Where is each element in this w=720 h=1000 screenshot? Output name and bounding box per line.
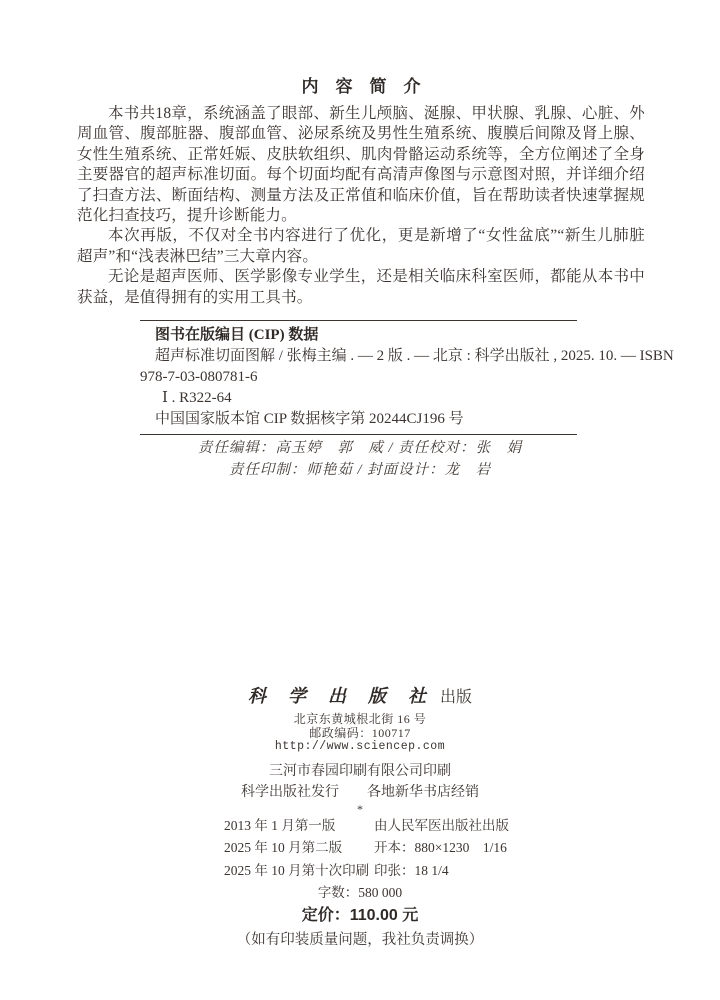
edition-date: 2013 年 1 月第一版 bbox=[224, 815, 374, 837]
cip-isbn-line: 978-7-03-080781-6 bbox=[140, 367, 577, 388]
edition-date: 2025 年 10 月第十次印刷 bbox=[224, 860, 374, 882]
cip-title-line: 超声标准切面图解 / 张梅主编 . — 2 版 . — 北京 : 科学出版社 ,… bbox=[140, 346, 577, 367]
printer-line: 三河市春园印刷有限公司印刷 bbox=[0, 761, 720, 782]
price: 定价：110.00 元 bbox=[0, 904, 720, 928]
book-copyright-page: 内 容 简 介 本书共18章，系统涵盖了眼部、新生儿颅脑、涎腺、甲状腺、乳腺、心… bbox=[0, 0, 720, 1000]
cip-registry-line: 中国国家版本馆 CIP 数据核字第 20244CJ196 号 bbox=[140, 409, 577, 430]
edition-table: 2013 年 1 月第一版 由人民军医出版社出版 2025 年 10 月第二版 … bbox=[224, 815, 496, 882]
intro-paragraph-2: 本次再版，不仅对全书内容进行了优化，更是新增了“女性盆底”“新生儿肺脏超声”和“… bbox=[77, 226, 645, 267]
content-introduction-section: 内 容 简 介 本书共18章，系统涵盖了眼部、新生儿颅脑、涎腺、甲状腺、乳腺、心… bbox=[77, 76, 645, 308]
page-title: 内 容 简 介 bbox=[77, 76, 645, 98]
edition-row: 2025 年 10 月第二版 开本：880×1230 1/16 bbox=[224, 837, 496, 859]
publisher-line: 科 学 出 版 社 出版 bbox=[0, 686, 720, 708]
cip-heading: 图书在版编目 (CIP) 数据 bbox=[140, 325, 577, 346]
publisher-postcode: 邮政编码：100717 bbox=[0, 726, 720, 740]
staff-credits: 责任编辑：高玉婷 郭 威 / 责任校对：张 娟 责任印制：师艳茹 / 封面设计：… bbox=[0, 437, 720, 481]
staff-editors-line: 责任编辑：高玉婷 郭 威 / 责任校对：张 娟 bbox=[0, 437, 720, 459]
edition-date: 2025 年 10 月第二版 bbox=[224, 837, 374, 859]
separator-asterisk: * bbox=[0, 803, 720, 815]
edition-detail: 由人民军医出版社出版 bbox=[374, 815, 509, 837]
staff-print-design-line: 责任印制：师艳茹 / 封面设计：龙 岩 bbox=[0, 459, 720, 481]
edition-detail: 开本：880×1230 1/16 bbox=[374, 837, 507, 859]
cip-data-block: 图书在版编目 (CIP) 数据 超声标准切面图解 / 张梅主编 . — 2 版 … bbox=[140, 320, 577, 435]
publisher-suffix: 出版 bbox=[440, 689, 472, 706]
quality-notice: （如有印装质量问题，我社负责调换） bbox=[0, 928, 720, 952]
colophon: 科 学 出 版 社 出版 北京东黄城根北街 16 号 邮政编码：100717 h… bbox=[0, 686, 720, 952]
edition-row: 2013 年 1 月第一版 由人民军医出版社出版 bbox=[224, 815, 496, 837]
publisher-logo: 科 学 出 版 社 bbox=[248, 686, 428, 706]
publisher-address: 北京东黄城根北街 16 号 bbox=[0, 712, 720, 726]
word-count: 字数：580 000 bbox=[0, 882, 720, 904]
intro-paragraph-3: 无论是超声医师、医学影像专业学生，还是相关临床科室医师，都能从本书中获益，是值得… bbox=[77, 267, 645, 308]
edition-detail: 印张：18 1/4 bbox=[374, 860, 496, 882]
intro-paragraph-1: 本书共18章，系统涵盖了眼部、新生儿颅脑、涎腺、甲状腺、乳腺、心脏、外周血管、腹… bbox=[77, 104, 645, 226]
publisher-website: http://www.sciencep.com bbox=[0, 740, 720, 753]
cip-classification-line: Ⅰ . R322-64 bbox=[140, 388, 577, 409]
edition-row: 2025 年 10 月第十次印刷 印张：18 1/4 bbox=[224, 860, 496, 882]
distribution-line: 科学出版社发行 各地新华书店经销 bbox=[0, 782, 720, 803]
